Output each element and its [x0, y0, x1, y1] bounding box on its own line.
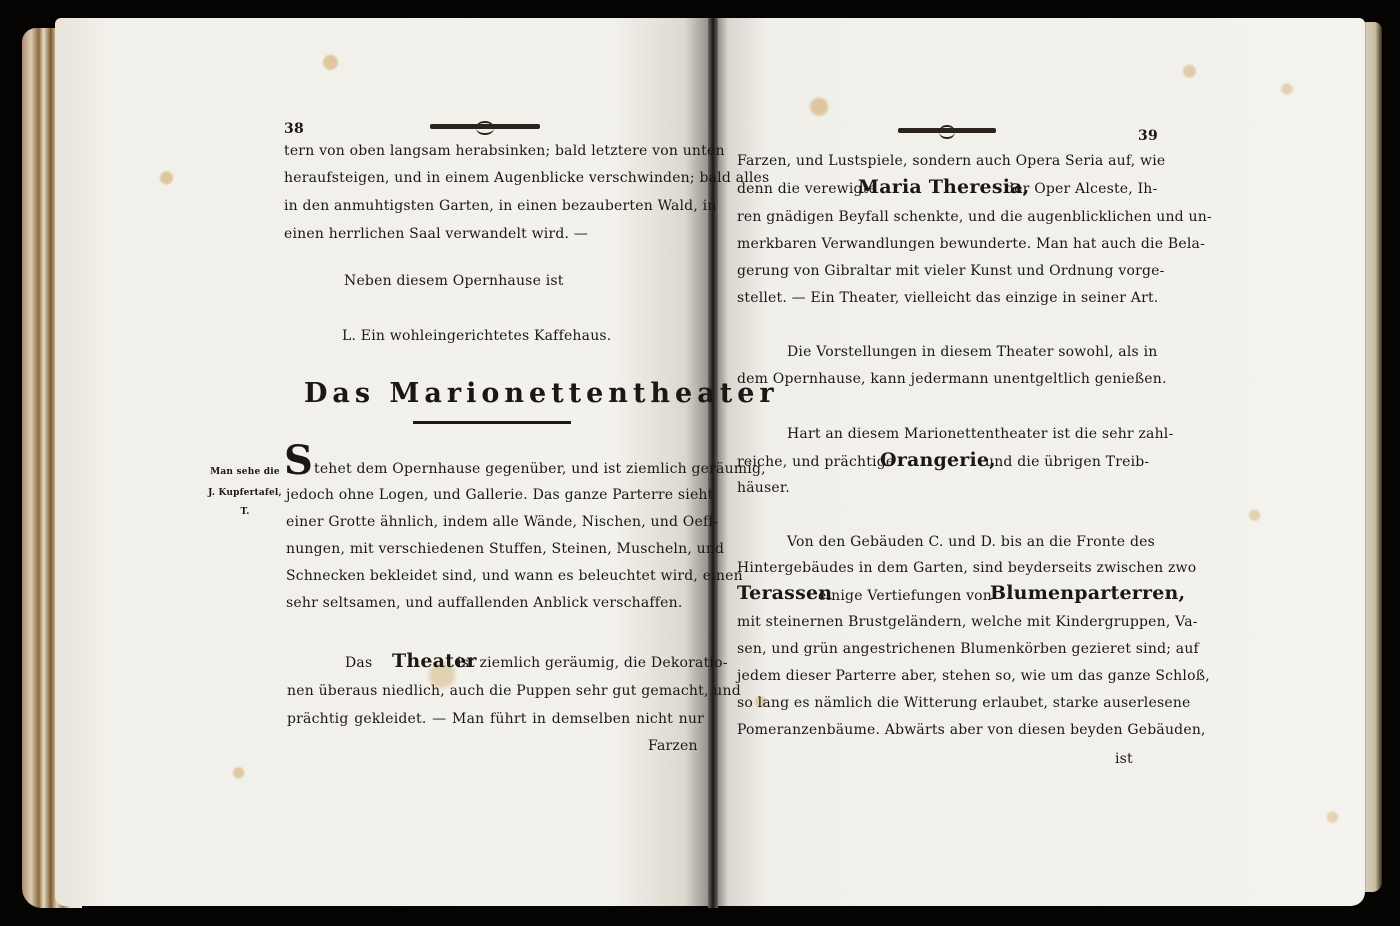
text-line: und die übrigen Treib- [985, 454, 1149, 470]
text-line: der Oper Alceste, Ih- [1005, 181, 1157, 197]
right-page-text: 39 Farzen, und Lustspiele, sondern auch … [0, 0, 1400, 926]
text-line: Die Vorstellungen in diesem Theater sowo… [787, 344, 1155, 360]
text-line: einige Vertiefungen von [818, 588, 992, 604]
text-line: mit steinernen Brustgeländern, welche mi… [737, 614, 1155, 630]
text-lead: denn die verewigte [737, 181, 877, 197]
catchword-right: ist [1115, 751, 1133, 767]
text-line: Von den Gebäuden C. und D. bis an die Fr… [787, 534, 1155, 550]
text-line: häuser. [737, 480, 790, 496]
text-line: dem Opernhause, kann jedermann unentgelt… [737, 371, 1167, 387]
text-line: Farzen, und Lustspiele, sondern auch Ope… [737, 153, 1155, 169]
emphasis-orangerie: Orangerie, [880, 449, 996, 471]
text-line: Hart an diesem Marionettentheater ist di… [787, 426, 1155, 442]
text-line: Hintergebäudes in dem Garten, sind beyde… [737, 560, 1155, 576]
text-line: sen, und grün angestrichenen Blumenkörbe… [737, 641, 1155, 657]
text-line: stellet. — Ein Theater, vielleicht das e… [737, 290, 1155, 306]
emphasis-maria-theresia: Maria Theresia, [858, 176, 1029, 198]
text-line: so lang es nämlich die Witterung erlaube… [737, 695, 1155, 711]
text-line: jedem dieser Parterre aber, stehen so, w… [737, 668, 1155, 684]
page-number-right: 39 [1138, 128, 1158, 144]
text-lead: reiche, und prächtige [737, 454, 894, 470]
text-line: merkbaren Verwandlungen bewunderte. Man … [737, 236, 1155, 252]
header-ornament-right [898, 128, 996, 133]
text-line: Pomeranzenbäume. Abwärts aber von diesen… [737, 722, 1155, 738]
emphasis-blumenparterren: Blumenparterren, [990, 582, 1185, 604]
text-line: gerung von Gibraltar mit vieler Kunst un… [737, 263, 1155, 279]
text-line: ren gnädigen Beyfall schenkte, und die a… [737, 209, 1155, 225]
open-book-scan: 38 tern von oben langsam herabsinken; ba… [0, 0, 1400, 926]
